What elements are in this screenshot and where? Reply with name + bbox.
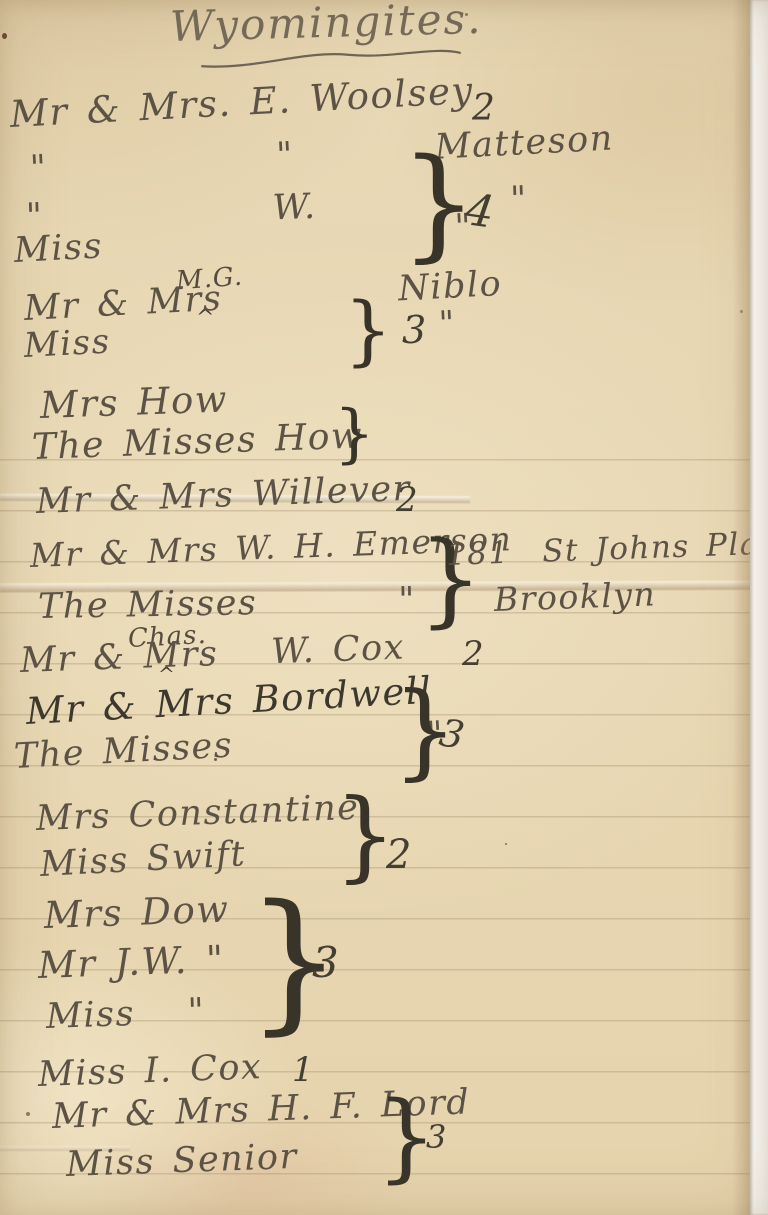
group-count: 3 <box>426 1118 446 1156</box>
paper-speck <box>2 33 7 39</box>
entry-address: Brooklyn <box>493 576 656 618</box>
paper-speck <box>26 1112 30 1116</box>
entry-line: Mrs How <box>39 379 228 426</box>
group-count: 3 <box>402 308 426 352</box>
paper-speck <box>214 758 217 761</box>
entry-count: 2 <box>472 88 495 129</box>
group-count: 4 <box>462 184 497 238</box>
group-count: 3 <box>312 938 339 987</box>
entry-line: Mrs Constantine <box>35 789 360 839</box>
group-count: 2 <box>386 832 411 878</box>
paper-speck <box>465 13 468 16</box>
entry-count: 1 <box>292 1050 314 1090</box>
group-brace-icon: } <box>334 404 375 464</box>
entry-line: The Misses " <box>38 581 417 626</box>
scan-background <box>750 0 768 1215</box>
entry-line: Mr & Mrs Willever <box>35 470 411 522</box>
entry-line: Miss I. Cox <box>37 1048 262 1094</box>
paper-edge-shadow <box>732 0 750 1215</box>
entry-line: Miss Senior <box>65 1138 298 1185</box>
entry-line: Miss " <box>45 992 206 1036</box>
group-brace-icon: } <box>344 294 392 365</box>
entry-count: 2 <box>396 480 418 520</box>
paper-page: Wyomingites. Mr & Mrs. E. Woolsey 2 " " … <box>0 0 768 1215</box>
entry-line: Mr & Mrs. E. Woolsey <box>9 71 475 136</box>
title-underline <box>198 40 466 75</box>
paper-speck <box>505 843 507 845</box>
entry-line: Mr J.W. " <box>37 939 225 986</box>
entry-line: Mrs Dow <box>43 890 230 937</box>
entry-count: 2 <box>462 634 484 674</box>
entry-line: Miss Swift <box>39 835 247 884</box>
